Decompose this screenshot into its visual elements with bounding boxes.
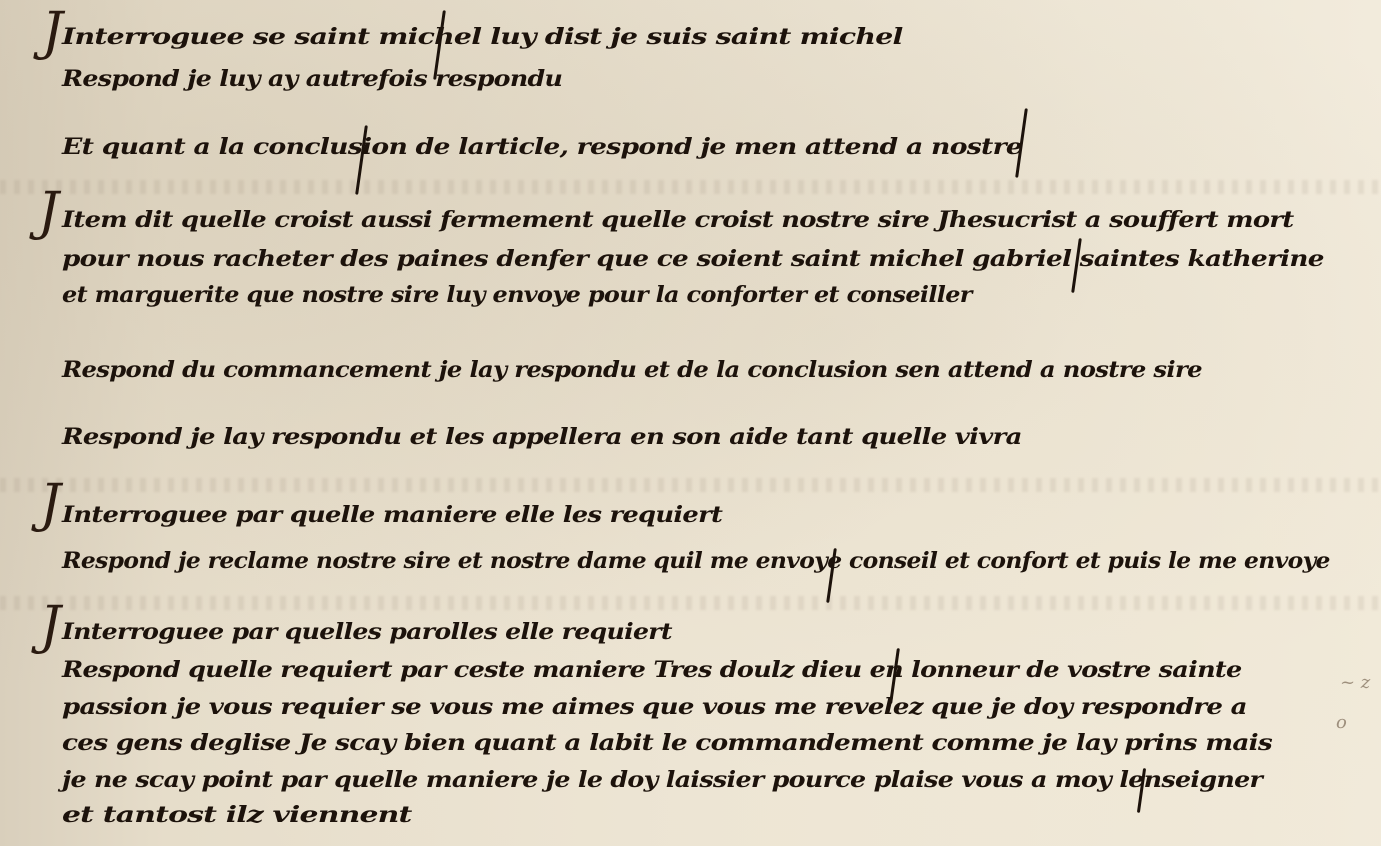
margin-note: o — [1336, 712, 1347, 733]
manuscript-line: Interroguee se saint michel luy dist je … — [62, 24, 902, 50]
manuscript-line: ces gens deglise Je scay bien quant a la… — [62, 730, 1272, 756]
manuscript-line: Respond je luy ay autrefois respondu — [62, 66, 562, 92]
manuscript-line: Interroguee par quelles parolles elle re… — [62, 619, 672, 645]
bleed-through-text — [0, 596, 1381, 610]
decorated-initial: J — [38, 186, 59, 238]
manuscript-line: pour nous racheter des paines denfer que… — [62, 246, 1324, 272]
manuscript-line: Respond je lay respondu et les appellera… — [62, 424, 1022, 450]
manuscript-line: passion je vous requier se vous me aimes… — [62, 694, 1247, 720]
decorated-initial: J — [40, 600, 61, 652]
manuscript-line: Et quant a la conclusion de larticle, re… — [62, 134, 1022, 160]
manuscript-line: et marguerite que nostre sire luy envoye… — [62, 282, 972, 308]
margin-note: ~ z — [1340, 672, 1370, 693]
manuscript-line: Interroguee par quelle maniere elle les … — [62, 502, 722, 528]
bleed-through-text — [0, 478, 1381, 492]
decorated-initial: J — [40, 478, 61, 530]
manuscript-line: Item dit quelle croist aussi fermement q… — [62, 207, 1293, 233]
decorated-initial: J — [42, 6, 63, 58]
manuscript-page: JJJJ Interroguee se saint michel luy dis… — [0, 0, 1381, 846]
manuscript-line: je ne scay point par quelle maniere je l… — [62, 767, 1262, 793]
manuscript-line: Respond du commancement je lay respondu … — [62, 357, 1202, 383]
manuscript-line: Respond quelle requiert par ceste manier… — [62, 657, 1242, 683]
manuscript-line: Respond je reclame nostre sire et nostre… — [62, 548, 1330, 574]
manuscript-line: et tantost ilz viennent — [62, 802, 411, 828]
bleed-through-text — [0, 180, 1381, 194]
